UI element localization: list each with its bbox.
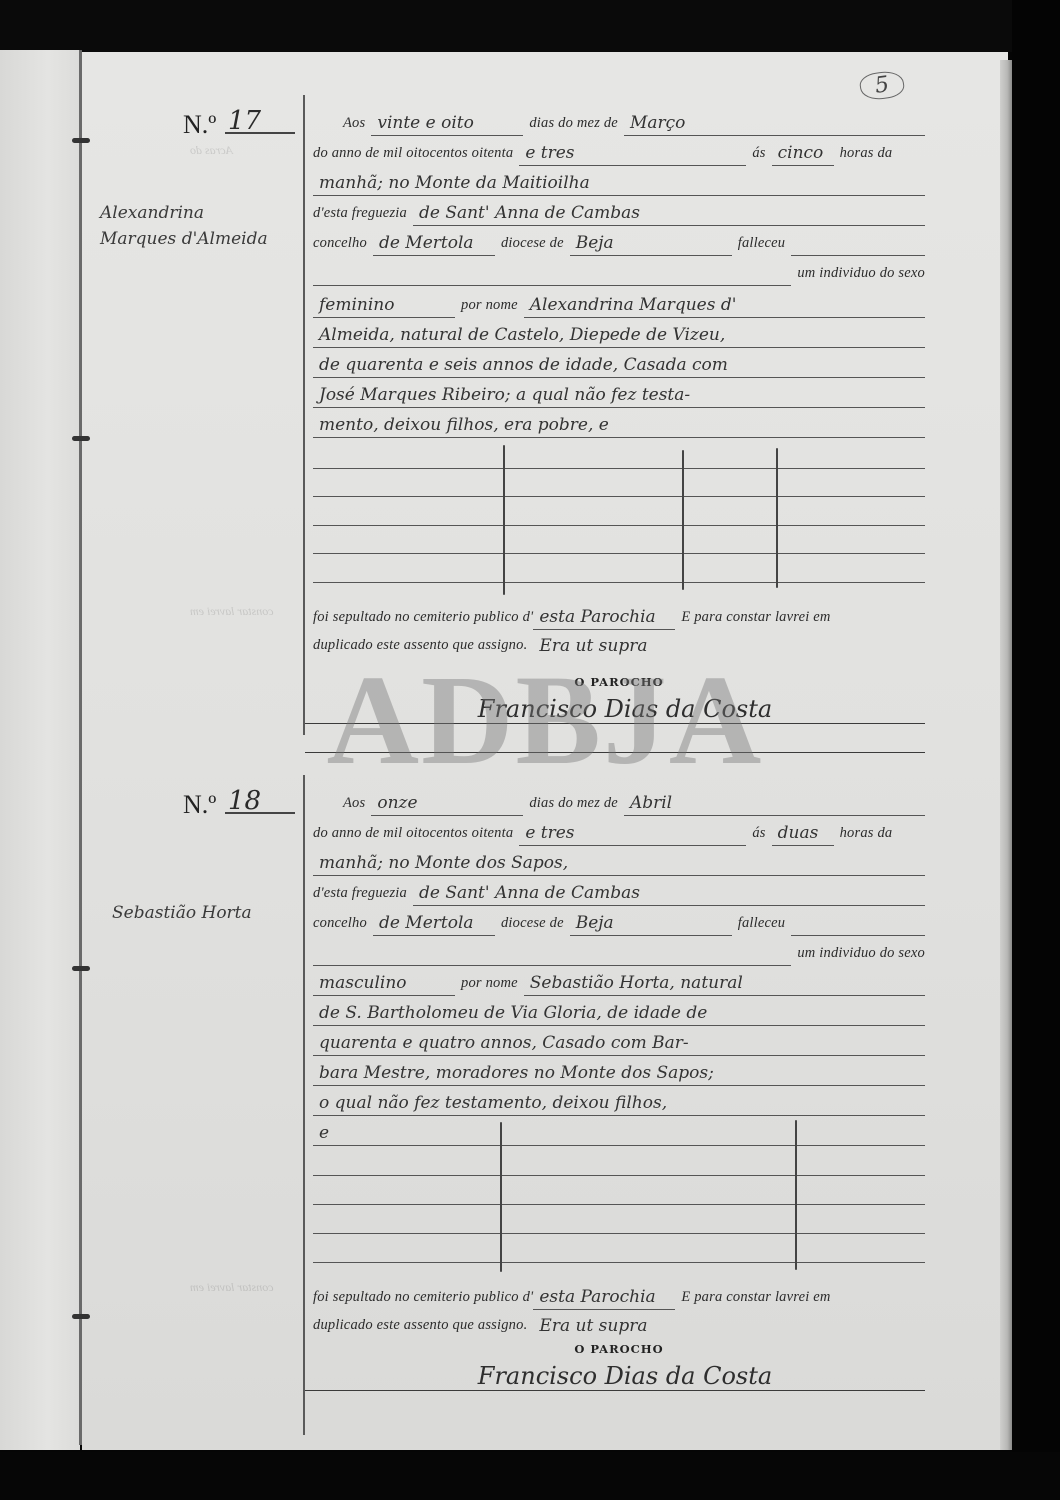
signature-line xyxy=(305,723,925,724)
scan-border-top xyxy=(0,0,1060,52)
blank-line xyxy=(313,496,925,497)
diocese-handwritten: Beja xyxy=(570,913,732,936)
strike-brace xyxy=(500,1122,502,1272)
record-line: do anno de mil oitocentos oitenta e tres… xyxy=(313,818,925,846)
binding-stitch xyxy=(72,436,90,441)
parocho-heading: O PAROCHO xyxy=(313,675,925,689)
binding-stitch xyxy=(72,138,90,143)
sex-handwritten: masculino xyxy=(313,973,455,996)
blank-line xyxy=(313,525,925,526)
record-line: Aos vinte e oito dias do mez de Março xyxy=(313,108,925,136)
record-line: Aos onze dias do mez de Abril xyxy=(313,788,925,816)
book-spine-fold xyxy=(79,50,82,1445)
hour-handwritten: duas xyxy=(772,823,834,846)
record-line: um individuo do sexo xyxy=(313,258,925,286)
record-line: d'esta freguezia de Sant' Anna de Cambas xyxy=(313,198,925,226)
record-line: Almeida, natural de Castelo, Diepede de … xyxy=(313,320,925,348)
blank-line xyxy=(313,553,925,554)
scan-border-bottom xyxy=(0,1452,1060,1500)
blank-line xyxy=(313,1262,925,1263)
hour-handwritten: cinco xyxy=(772,143,834,166)
margin-rule xyxy=(303,775,305,1435)
parish-handwritten: de Sant' Anna de Cambas xyxy=(413,203,925,226)
municipality-handwritten: de Mertola xyxy=(373,233,495,256)
place-handwritten: manhã; no Monte dos Sapos, xyxy=(313,853,925,876)
burial-place-handwritten: esta Parochia xyxy=(533,607,675,630)
record-line: manhã; no Monte dos Sapos, xyxy=(313,848,925,876)
record-line: o qual não fez testamento, deixou filhos… xyxy=(313,1088,925,1116)
margin-rule xyxy=(303,95,305,735)
entry-separator xyxy=(305,752,925,753)
day-handwritten: onze xyxy=(371,793,523,816)
blank-line xyxy=(313,468,925,469)
binding-stitch xyxy=(72,1314,90,1319)
deceased-name-handwritten: Sebastião Horta, natural xyxy=(524,973,925,996)
diocese-handwritten: Beja xyxy=(570,233,732,256)
scan-border-right xyxy=(1012,0,1060,1500)
record-line: um individuo do sexo xyxy=(313,938,925,966)
strike-brace xyxy=(503,445,505,595)
priest-signature: Francisco Dias da Costa xyxy=(395,1362,855,1390)
facing-page-edge xyxy=(0,50,80,1450)
burial-line: foi sepultado no cemiterio publico d' es… xyxy=(313,1282,925,1310)
record-line: concelho de Mertola diocese de Beja fall… xyxy=(313,908,925,936)
margin-deceased-name: Alexandrina Marques d'Almeida xyxy=(100,200,285,252)
closing-line: duplicado este assento que assigno. Era … xyxy=(313,630,925,658)
record-line: mento, deixou filhos, era pobre, e xyxy=(313,410,925,438)
burial-place-handwritten: esta Parochia xyxy=(533,1287,675,1310)
margin-deceased-name: Sebastião Horta xyxy=(112,900,297,926)
year-handwritten: e tres xyxy=(519,823,746,846)
entry-number-label: N.º xyxy=(183,790,216,820)
parish-handwritten: de Sant' Anna de Cambas xyxy=(413,883,925,906)
era-ut-supra: Era ut supra xyxy=(533,636,775,658)
closing-line: duplicado este assento que assigno. Era … xyxy=(313,1310,925,1338)
bleed-through-text: constar lavrei em xyxy=(190,604,274,619)
blank-line xyxy=(313,1233,925,1234)
record-line: manhã; no Monte da Maitioilha xyxy=(313,168,925,196)
municipality-handwritten: de Mertola xyxy=(373,913,495,936)
blank-line xyxy=(313,1204,925,1205)
era-ut-supra: Era ut supra xyxy=(533,1316,775,1338)
page-thickness-edge xyxy=(1000,60,1012,1450)
record-line: de quarenta e seis annos de idade, Casad… xyxy=(313,350,925,378)
blank-line xyxy=(313,582,925,583)
sex-handwritten: feminino xyxy=(313,295,455,318)
strike-brace xyxy=(776,448,778,588)
place-handwritten: manhã; no Monte da Maitioilha xyxy=(313,173,925,196)
record-line: concelho de Mertola diocese de Beja fall… xyxy=(313,228,925,256)
record-line: José Marques Ribeiro; a qual não fez tes… xyxy=(313,380,925,408)
record-line: do anno de mil oitocentos oitenta e tres… xyxy=(313,138,925,166)
entry-number-underline xyxy=(225,132,295,134)
strike-brace xyxy=(682,450,684,590)
record-line: bara Mestre, moradores no Monte dos Sapo… xyxy=(313,1058,925,1086)
blank-line xyxy=(313,1175,925,1176)
day-handwritten: vinte e oito xyxy=(371,113,523,136)
burial-line: foi sepultado no cemiterio publico d' es… xyxy=(313,602,925,630)
month-handwritten: Março xyxy=(624,113,925,136)
bleed-through-text: constar lavrei em xyxy=(190,1280,274,1295)
record-line: d'esta freguezia de Sant' Anna de Cambas xyxy=(313,878,925,906)
record-line: de S. Bartholomeu de Via Gloria, de idad… xyxy=(313,998,925,1026)
deceased-name-handwritten: Alexandrina Marques d' xyxy=(524,295,925,318)
entry-number-label: N.º xyxy=(183,110,216,140)
bleed-through-text: Acras do xyxy=(190,143,233,158)
record-line: feminino por nome Alexandrina Marques d' xyxy=(313,290,925,318)
binding-stitch xyxy=(72,966,90,971)
record-line: e xyxy=(313,1118,925,1146)
year-handwritten: e tres xyxy=(519,143,746,166)
strike-brace xyxy=(795,1120,797,1270)
signature-line xyxy=(305,1390,925,1391)
record-line: masculino por nome Sebastião Horta, natu… xyxy=(313,968,925,996)
priest-signature: Francisco Dias da Costa xyxy=(395,695,855,723)
parocho-heading: O PAROCHO xyxy=(313,1342,925,1356)
record-line: quarenta e quatro annos, Casado com Bar- xyxy=(313,1028,925,1056)
entry-number-underline xyxy=(225,812,295,814)
month-handwritten: Abril xyxy=(624,793,925,816)
